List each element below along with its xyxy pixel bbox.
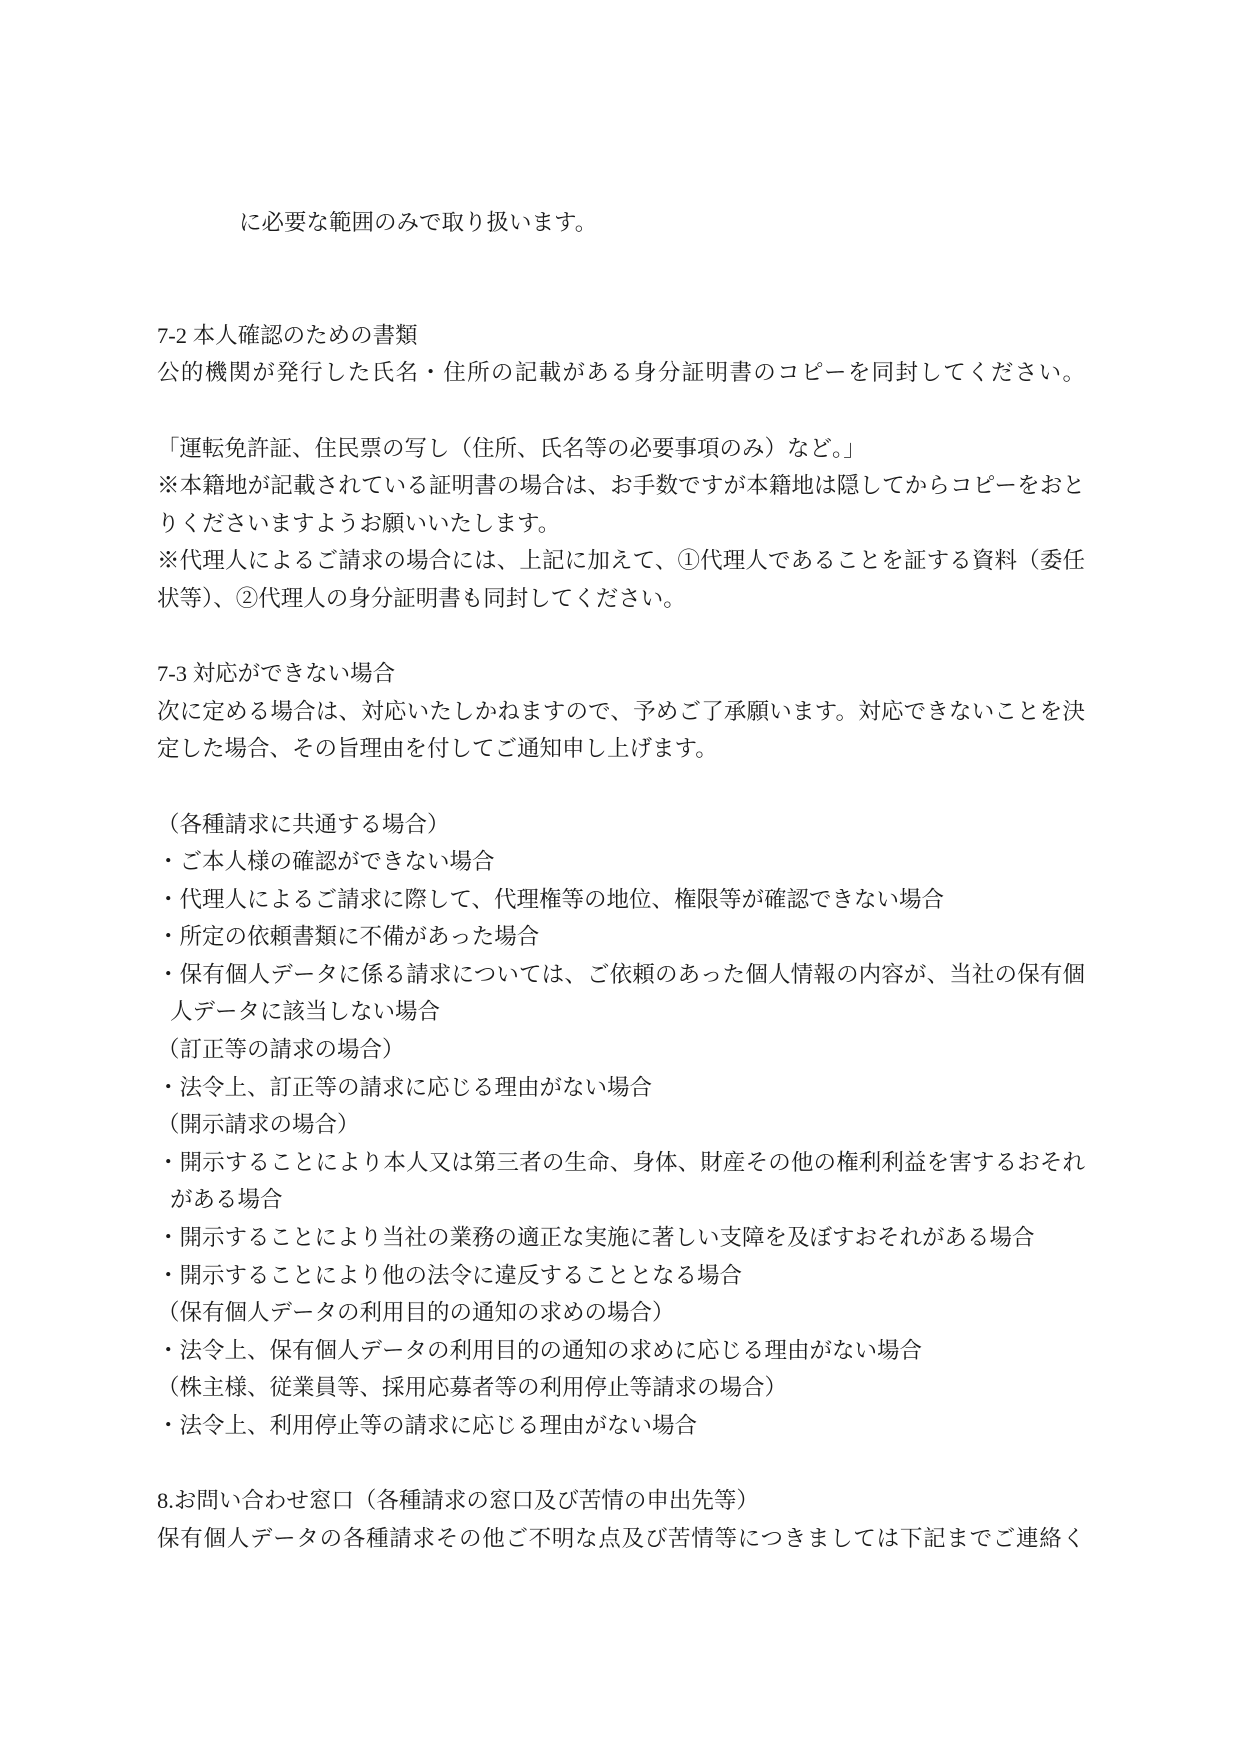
text-line: （保有個人データの利用目的の通知の求めの場合） xyxy=(157,1294,1085,1332)
text-line: ・法令上、保有個人データの利用目的の通知の求めに応じる理由がない場合 xyxy=(157,1332,1085,1370)
text-line: ・所定の依頼書類に不備があった場合 xyxy=(157,918,1085,956)
text-line: りくださいますようお願いいたします。 xyxy=(157,505,1085,543)
text-line: 状等）、②代理人の身分証明書も同封してください。 xyxy=(157,580,1085,618)
text-line: に必要な範囲のみで取り扱います。 xyxy=(157,204,1085,242)
document-page: に必要な範囲のみで取り扱います。7-2 本人確認のための書類公的機関が発行した氏… xyxy=(0,0,1241,1755)
text-line: ・開示することにより他の法令に違反することとなる場合 xyxy=(157,1257,1085,1295)
text-line: ・ご本人様の確認ができない場合 xyxy=(157,843,1085,881)
text-line: （開示請求の場合） xyxy=(157,1106,1085,1144)
text-line: 公的機関が発行した氏名・住所の記載がある身分証明書のコピーを同封してください。 xyxy=(157,354,1085,392)
text-line: 人データに該当しない場合 xyxy=(157,993,1085,1031)
text-line: ・法令上、訂正等の請求に応じる理由がない場合 xyxy=(157,1069,1085,1107)
text-line: ・代理人によるご請求に際して、代理権等の地位、権限等が確認できない場合 xyxy=(157,881,1085,919)
text-line: ・開示することにより当社の業務の適正な実施に著しい支障を及ぼすおそれがある場合 xyxy=(157,1219,1085,1257)
text-line: 「運転免許証、住民票の写し（住所、氏名等の必要事項のみ）など。」 xyxy=(157,430,1085,468)
text-line: ※代理人によるご請求の場合には、上記に加えて、①代理人であることを証する資料（委… xyxy=(157,542,1085,580)
text-line: 定した場合、その旨理由を付してご通知申し上げます。 xyxy=(157,730,1085,768)
text-line: 8.お問い合わせ窓口（各種請求の窓口及び苦情の申出先等） xyxy=(157,1482,1085,1520)
text-line: ・保有個人データに係る請求については、ご依頼のあった個人情報の内容が、当社の保有… xyxy=(157,956,1085,994)
text-line: がある場合 xyxy=(157,1181,1085,1219)
text-line: ・法令上、利用停止等の請求に応じる理由がない場合 xyxy=(157,1407,1085,1445)
text-line: ※本籍地が記載されている証明書の場合は、お手数ですが本籍地は隠してからコピーをお… xyxy=(157,467,1085,505)
text-line: （株主様、従業員等、採用応募者等の利用停止等請求の場合） xyxy=(157,1369,1085,1407)
text-line: （訂正等の請求の場合） xyxy=(157,1031,1085,1069)
text-line: 次に定める場合は、対応いたしかねますので、予めご了承願います。対応できないことを… xyxy=(157,693,1085,731)
document-content: に必要な範囲のみで取り扱います。7-2 本人確認のための書類公的機関が発行した氏… xyxy=(157,204,1085,1557)
text-line: （各種請求に共通する場合） xyxy=(157,806,1085,844)
text-line: 7-3 対応ができない場合 xyxy=(157,655,1085,693)
text-line: 保有個人データの各種請求その他ご不明な点及び苦情等につきましては下記までご連絡く xyxy=(157,1520,1085,1558)
text-line: 7-2 本人確認のための書類 xyxy=(157,317,1085,355)
text-line: ・開示することにより本人又は第三者の生命、身体、財産その他の権利利益を害するおそ… xyxy=(157,1144,1085,1182)
